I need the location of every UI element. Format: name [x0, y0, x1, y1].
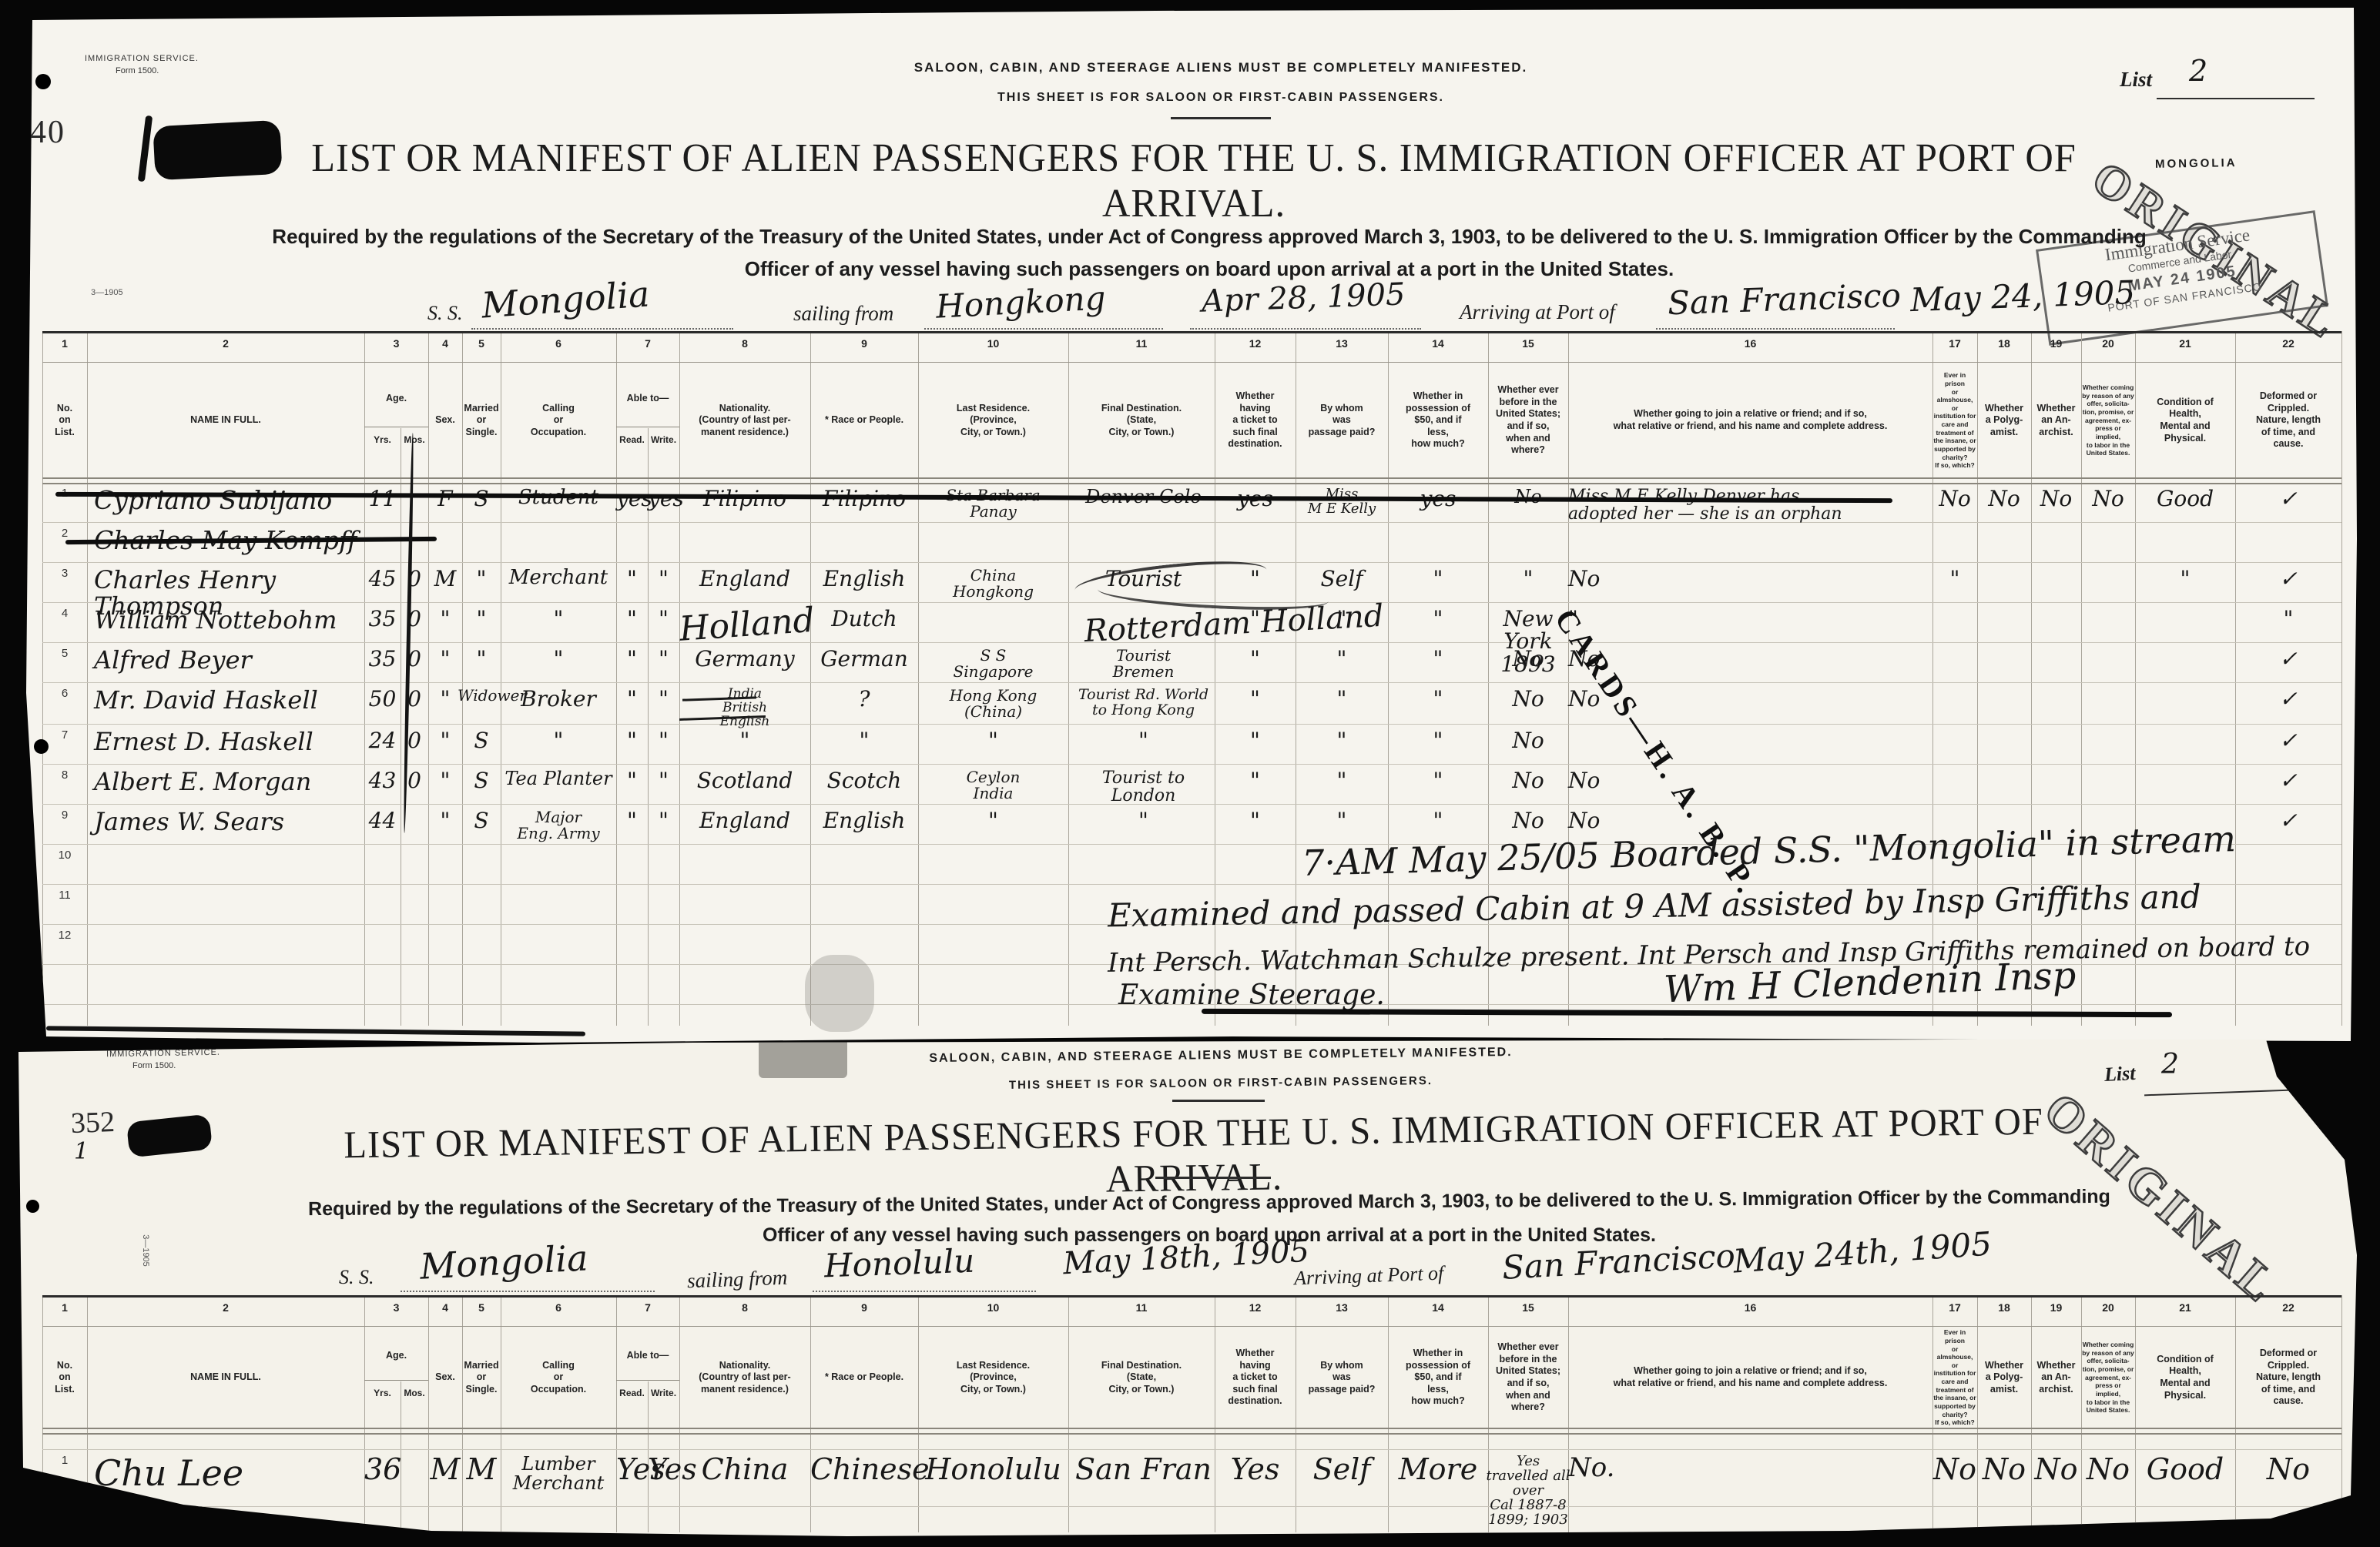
cell-name: Mr. David Haskell	[94, 688, 362, 714]
grid-line	[42, 1295, 2341, 1298]
ship-name-stamp: MONGOLIA	[2155, 156, 2238, 171]
cell-before_us: No	[1483, 729, 1573, 752]
cell-ticket: "	[1215, 769, 1296, 792]
column-number: 15	[1488, 337, 1568, 350]
cell-married: S	[458, 769, 505, 792]
port-underline	[924, 306, 1163, 330]
cell-no: 2	[44, 527, 85, 540]
column-header: Last Residence. (Province, City, or Town…	[919, 367, 1068, 474]
column-number: 5	[462, 337, 501, 350]
grid-line	[2341, 331, 2342, 1026]
cell-name: Albert E. Morgan	[94, 769, 362, 795]
edition-mark: 3—1905	[91, 288, 123, 297]
column-header: Calling or Occupation.	[501, 1331, 615, 1425]
cell-before_us: Yes travelled all over Cal 1887-8 1899; …	[1483, 1455, 1573, 1527]
grid-line	[401, 428, 401, 1026]
column-number: 22	[2235, 1301, 2341, 1314]
cell-ticket: "	[1215, 688, 1296, 710]
column-header: Age.	[365, 367, 427, 431]
cell-nationality: "	[679, 729, 810, 752]
column-header: Condition of Health, Mental and Physical…	[2136, 367, 2234, 474]
cell-read: "	[616, 809, 648, 832]
column-number: 9	[810, 1301, 918, 1314]
column-number: 21	[2135, 337, 2235, 350]
column-number: 17	[1932, 337, 1977, 350]
sheet2-list-number: 2	[2161, 1049, 2179, 1080]
cell-destination: Tourist to London	[1068, 769, 1218, 805]
cell-destination: San Fran	[1068, 1455, 1218, 1485]
cell-fifty: "	[1388, 688, 1488, 710]
column-number: 2	[87, 1301, 364, 1314]
column-number: 14	[1388, 337, 1488, 350]
cell-anarchist: No	[2031, 1455, 2081, 1485]
cell-prison: "	[1932, 568, 1977, 590]
form-number-label: Form 1500.	[116, 66, 159, 75]
cell-destination: "	[1068, 729, 1218, 752]
cell-nationality: India British English	[679, 688, 810, 729]
sheet-edge-shadow	[46, 1026, 585, 1036]
column-number: 6	[501, 337, 616, 350]
cell-deformed: ✓	[2235, 487, 2341, 510]
cell-nationality: England	[679, 809, 810, 832]
sailing-from-label: sailing from	[686, 1266, 787, 1294]
cell-yrs: 43	[364, 769, 401, 792]
scanned-manifest-page: IMMIGRATION SERVICE. Form 1500. 3—1905 S…	[0, 0, 2380, 1547]
cell-before_us: No	[1483, 648, 1573, 670]
cell-calling: Broker	[501, 688, 616, 710]
cell-paid_by: "	[1296, 769, 1388, 792]
column-header: Deformed or Crippled. Nature, length of …	[2236, 367, 2341, 474]
column-header: Final Destination. (State, City, or Town…	[1069, 1331, 1214, 1425]
cell-calling: "	[501, 648, 616, 670]
title-underline	[1155, 1177, 1271, 1179]
punch-hole	[35, 74, 51, 89]
cell-read: "	[616, 688, 648, 710]
cell-nationality: Holland	[679, 603, 812, 648]
cell-nationality: England	[679, 568, 810, 590]
cell-fifty: "	[1388, 769, 1488, 792]
column-number: 20	[2081, 1301, 2135, 1314]
grid-line	[42, 331, 2341, 333]
cell-ticket: "	[1215, 648, 1296, 670]
cell-mos: 0	[401, 608, 428, 630]
column-header: Whether coming by reason of any offer, s…	[2082, 367, 2134, 474]
column-number: 4	[428, 337, 462, 350]
cell-deformed: ✓	[2235, 688, 2341, 710]
cell-ticket: "	[1215, 809, 1296, 832]
ss-label: S. S.	[427, 302, 463, 325]
cell-paid_by: Self	[1296, 568, 1388, 590]
column-header: Whether in possession of $50, and if les…	[1389, 1331, 1487, 1425]
column-subheader: Read.	[616, 1388, 648, 1398]
required-line-1: Required by the regulations of the Secre…	[185, 225, 2234, 249]
sheet1-list-label: List	[2120, 68, 2152, 92]
column-header: Sex.	[429, 1331, 461, 1425]
banner-line-2: THIS SHEET IS FOR SALOON OR FIRST-CABIN …	[616, 91, 1825, 105]
column-number: 10	[918, 337, 1068, 350]
form-service-label: IMMIGRATION SERVICE.	[85, 54, 199, 63]
arrival-port-underline	[1656, 306, 1895, 330]
cell-nationality: Scotland	[679, 769, 810, 792]
banner-underline	[1171, 117, 1271, 119]
column-subheader: Yrs.	[364, 434, 401, 445]
column-header: Nationality. (Country of last per- manen…	[680, 1331, 810, 1425]
sailing-from-label: sailing from	[793, 302, 893, 326]
column-header: Last Residence. (Province, City, or Town…	[919, 1331, 1068, 1425]
cell-yrs: 50	[364, 688, 401, 710]
cell-destination: Tourist Bremen	[1068, 648, 1218, 680]
cell-name: William Nottebohm	[94, 608, 362, 634]
column-number: 1	[42, 337, 87, 350]
ink-mark: 1	[74, 1138, 89, 1165]
column-number: 3	[364, 1301, 428, 1314]
column-number: 8	[679, 1301, 810, 1314]
cell-read: "	[616, 648, 648, 670]
cell-residence: S S Singapore	[918, 648, 1068, 680]
column-number: 13	[1296, 1301, 1388, 1314]
cell-read: yes	[616, 487, 648, 510]
cell-destination: Tourist Rd. World to Hong Kong	[1068, 688, 1218, 718]
row-separator	[42, 1506, 2341, 1507]
cell-no: 5	[44, 648, 85, 660]
column-header: Able to—	[617, 367, 679, 431]
cell-residence: Honolulu	[918, 1455, 1068, 1485]
column-header: Calling or Occupation.	[501, 367, 615, 474]
cell-race: Chinese	[810, 1455, 918, 1485]
cell-ticket: "	[1215, 729, 1296, 752]
cell-health: "	[2135, 568, 2235, 590]
cell-name: Ernest D. Haskell	[94, 729, 362, 755]
cell-join: No	[1568, 769, 1932, 792]
cell-write: "	[648, 769, 679, 792]
date-underline	[1190, 306, 1421, 330]
cell-anarchist: No	[2031, 487, 2081, 510]
cell-deformed: ✓	[2235, 769, 2341, 792]
arriving-label: Arriving at Port of	[1460, 300, 1615, 324]
column-number: 11	[1068, 1301, 1215, 1314]
cell-name: James W. Sears	[94, 809, 362, 835]
cell-race: ?	[810, 688, 918, 710]
column-number: 1	[42, 1301, 87, 1314]
cell-residence: "	[918, 809, 1068, 832]
column-header: Deformed or Crippled. Nature, length of …	[2236, 1331, 2341, 1425]
column-number: 4	[428, 1301, 462, 1314]
sheet-edge-shadow	[1202, 1009, 2172, 1017]
grid-line	[42, 477, 2341, 479]
cell-ticket: Yes	[1215, 1455, 1296, 1485]
column-header: Whether going to join a relative or frie…	[1569, 367, 1932, 474]
column-number: 5	[462, 1301, 501, 1314]
cell-fifty: "	[1388, 608, 1488, 630]
column-number: 15	[1488, 1301, 1568, 1314]
cell-read: "	[616, 769, 648, 792]
cell-deformed: ✓	[2235, 809, 2341, 832]
cell-write: "	[648, 809, 679, 832]
cell-write: "	[648, 608, 679, 630]
column-number: 19	[2031, 337, 2081, 350]
cell-read: "	[616, 568, 648, 590]
sheet1-title: LIST OR MANIFEST OF ALIEN PASSENGERS FOR…	[260, 136, 2128, 226]
cell-paid_by: "	[1296, 688, 1388, 710]
row-separator	[42, 1449, 2341, 1450]
cell-read: "	[616, 608, 648, 630]
column-number: 3	[364, 337, 428, 350]
column-header: Whether having a ticket to such final de…	[1215, 367, 1295, 474]
grid-line	[42, 483, 2341, 484]
edition-mark: 3—1905	[141, 1234, 150, 1267]
cell-married: "	[458, 648, 505, 670]
cell-residence: Ceylon India	[918, 769, 1068, 802]
banner-underline	[1172, 1100, 1265, 1102]
cell-nationality: Germany	[679, 648, 810, 670]
cell-fifty: "	[1388, 809, 1488, 832]
column-header: Whether ever before in the United States…	[1489, 367, 1567, 474]
column-header: Able to—	[617, 1331, 679, 1381]
cell-fifty: More	[1388, 1455, 1488, 1485]
cell-name: Alfred Beyer	[94, 648, 362, 674]
cell-write: Yes	[648, 1455, 679, 1485]
arriving-label: Arriving at Port of	[1294, 1262, 1444, 1291]
cell-calling: Major Eng. Army	[501, 809, 616, 842]
cell-married: S	[458, 809, 505, 832]
cell-write: "	[648, 648, 679, 670]
sheet2-list-label: List	[2103, 1062, 2136, 1087]
smudge	[805, 955, 874, 1032]
punch-hole	[26, 1200, 39, 1213]
column-header: Married or Single.	[463, 367, 500, 474]
column-header: Nationality. (Country of last per- manen…	[680, 367, 810, 474]
cell-prison: No	[1932, 1455, 1977, 1485]
column-subheader: Mos.	[401, 1388, 428, 1398]
list-underline	[2144, 1090, 2291, 1097]
cell-write: yes	[648, 487, 679, 510]
sheet1-page-number: 340	[12, 114, 65, 151]
cell-race: "	[810, 729, 918, 752]
column-number: 8	[679, 337, 810, 350]
grid-line	[42, 1326, 2341, 1327]
cell-join: No	[1568, 648, 1932, 670]
column-number: 12	[1215, 337, 1296, 350]
cell-read: "	[616, 729, 648, 752]
cell-fifty: "	[1388, 648, 1488, 670]
row-separator	[42, 522, 2341, 523]
cell-paid_by: "	[1296, 608, 1388, 630]
cell-labor: No	[2081, 1455, 2135, 1485]
cell-write: "	[648, 688, 679, 710]
cell-write: "	[648, 729, 679, 752]
cell-before_us: "	[1483, 568, 1573, 590]
cell-no: 1	[44, 1455, 85, 1467]
column-header: No. on List.	[43, 367, 86, 474]
grid-line	[2341, 1295, 2342, 1532]
cell-married: "	[458, 608, 505, 630]
column-header: * Race or People.	[811, 367, 917, 474]
column-header: By whom was passage paid?	[1296, 367, 1387, 474]
column-number: 21	[2135, 1301, 2235, 1314]
cell-race: English	[810, 568, 918, 590]
cell-deformed: "	[2235, 608, 2341, 630]
column-header: Whether an An- archist.	[2032, 1331, 2080, 1425]
column-number: 18	[1977, 337, 2031, 350]
column-header: Whether going to join a relative or frie…	[1569, 1331, 1932, 1425]
cell-residence: China Hongkong	[918, 568, 1068, 600]
cell-paid_by: "	[1296, 809, 1388, 832]
cell-residence: "	[918, 729, 1068, 752]
grid-line	[42, 1433, 2341, 1435]
banner-line-1: SALOON, CABIN, AND STEERAGE ALIENS MUST …	[616, 60, 1825, 75]
cell-calling: Tea Planter	[501, 769, 616, 789]
cell-join: No.	[1568, 1455, 1932, 1482]
cell-married: Widower	[458, 688, 505, 704]
grid-line	[42, 1428, 2341, 1429]
cell-write: "	[648, 568, 679, 590]
cell-no: 4	[44, 608, 85, 620]
cell-yrs: 45	[364, 568, 401, 590]
cell-yrs: 35	[364, 608, 401, 630]
cell-name: Chu Lee	[94, 1455, 362, 1492]
cell-deformed: ✓	[2235, 568, 2341, 590]
cell-calling: Merchant	[501, 568, 616, 588]
column-subheader: Write.	[648, 1388, 679, 1398]
row-separator	[42, 724, 2341, 725]
ship-underline	[401, 1271, 655, 1292]
cell-before_us: No	[1483, 809, 1573, 832]
cell-prison: No	[1932, 487, 1977, 510]
column-header: Final Destination. (State, City, or Town…	[1069, 367, 1214, 474]
column-header: Whether ever before in the United States…	[1489, 1331, 1567, 1425]
column-number: 20	[2081, 337, 2135, 350]
grid-line	[42, 362, 2341, 363]
cell-residence: Hong Kong (China)	[918, 688, 1068, 720]
cell-no: 3	[44, 568, 85, 580]
row-separator	[42, 764, 2341, 765]
cell-nationality: China	[679, 1455, 810, 1485]
cell-polygamist: No	[1977, 487, 2031, 510]
cell-race: Dutch	[810, 608, 918, 630]
column-header: Ever in prison or almshouse, or institut…	[1933, 367, 1976, 474]
column-header: Whether in possession of $50, and if les…	[1389, 367, 1487, 474]
cell-join: No	[1568, 568, 1932, 590]
cell-health: Good	[2135, 1455, 2235, 1485]
column-number: 2	[87, 337, 364, 350]
column-number: 22	[2235, 337, 2341, 350]
inspector-note-line-4: Examine Steerage.	[1118, 979, 1385, 1011]
column-number: 16	[1568, 1301, 1932, 1314]
cell-race: German	[810, 648, 918, 670]
column-number: 18	[1977, 1301, 2031, 1314]
cell-yrs: 36	[364, 1455, 401, 1485]
column-number: 16	[1568, 337, 1932, 350]
cell-yrs: 11	[364, 487, 401, 510]
cell-race: English	[810, 809, 918, 832]
column-number: 10	[918, 1301, 1068, 1314]
cell-paid_by: "	[1296, 648, 1388, 670]
column-number: 17	[1932, 1301, 1977, 1314]
cell-join: "	[1568, 608, 1932, 630]
cell-no: 12	[44, 929, 85, 942]
grid-line	[648, 428, 649, 1026]
cell-no: 9	[44, 809, 85, 822]
column-number: 11	[1068, 337, 1215, 350]
row-separator	[42, 682, 2341, 683]
column-number: 6	[501, 1301, 616, 1314]
port-underline	[813, 1271, 1036, 1292]
cell-mos: 0	[401, 568, 428, 590]
cell-married: "	[458, 568, 505, 590]
cell-deformed: No	[2235, 1455, 2341, 1485]
cell-no: 7	[44, 729, 85, 742]
cell-married: M	[458, 1455, 505, 1485]
cell-deformed: ✓	[2235, 648, 2341, 670]
cell-paid_by: Self	[1296, 1455, 1388, 1485]
cell-fifty: "	[1388, 568, 1488, 590]
column-header: Whether an An- archist.	[2032, 367, 2080, 474]
column-header: Married or Single.	[463, 1331, 500, 1425]
column-number: 12	[1215, 1301, 1296, 1314]
required-line-2: Officer of any vessel having such passen…	[185, 257, 2234, 281]
column-header: * Race or People.	[811, 1331, 917, 1425]
column-header: Condition of Health, Mental and Physical…	[2136, 1331, 2234, 1425]
cell-fifty: "	[1388, 729, 1488, 752]
cell-no: 8	[44, 769, 85, 782]
cell-labor: No	[2081, 487, 2135, 510]
column-subheader: Read.	[616, 434, 648, 445]
column-number: 9	[810, 337, 918, 350]
column-header: Whether a Polyg- amist.	[1978, 367, 2030, 474]
cell-join: Miss M E Kelly Denver has adopted her — …	[1568, 487, 1932, 523]
column-header: NAME IN FULL.	[88, 367, 364, 474]
column-header: No. on List.	[43, 1331, 86, 1425]
cell-no: 10	[44, 849, 85, 862]
column-number: 14	[1388, 1301, 1488, 1314]
column-header: Whether a Polyg- amist.	[1978, 1331, 2030, 1425]
cell-paid_by: "	[1296, 729, 1388, 752]
cell-before_us: No	[1483, 769, 1573, 792]
column-header: NAME IN FULL.	[88, 1331, 364, 1425]
cell-ticket: "	[1215, 608, 1296, 630]
column-header: Ever in prison or almshouse, or institut…	[1933, 1331, 1976, 1425]
cell-before_us: No	[1483, 688, 1573, 710]
ink-mark	[138, 116, 153, 182]
sheet1-list-number: 2	[2189, 54, 2207, 88]
column-number: 7	[616, 337, 679, 350]
column-subheader: Yrs.	[364, 1388, 401, 1398]
cell-health: Good	[2135, 487, 2235, 510]
column-header: Whether coming by reason of any offer, s…	[2082, 1331, 2134, 1425]
column-number: 7	[616, 1301, 679, 1314]
cell-married: S	[458, 487, 505, 510]
cell-no: 11	[44, 889, 85, 902]
punch-hole	[34, 739, 49, 754]
cell-yrs: 24	[364, 729, 401, 752]
cell-calling: "	[501, 608, 616, 630]
cell-destination: "	[1068, 809, 1218, 832]
column-header: Age.	[365, 1331, 427, 1381]
cell-no: 6	[44, 688, 85, 700]
arrival-date-handwritten: May 24, 1905	[1909, 273, 2136, 319]
cell-calling: "	[501, 729, 616, 752]
ink-blob	[126, 1113, 213, 1157]
ship-underline	[471, 306, 733, 330]
cell-residence: Sta Barbara Panay	[918, 487, 1068, 520]
cell-mos: 0	[401, 648, 428, 670]
cell-calling: Lumber Merchant	[501, 1455, 616, 1493]
sheet2-page-number: 352	[70, 1105, 116, 1140]
form-service-label: IMMIGRATION SERVICE.	[106, 1048, 220, 1060]
column-number: 19	[2031, 1301, 2081, 1314]
cell-race: Scotch	[810, 769, 918, 792]
cell-paid_by: Miss M E Kelly	[1296, 487, 1388, 517]
